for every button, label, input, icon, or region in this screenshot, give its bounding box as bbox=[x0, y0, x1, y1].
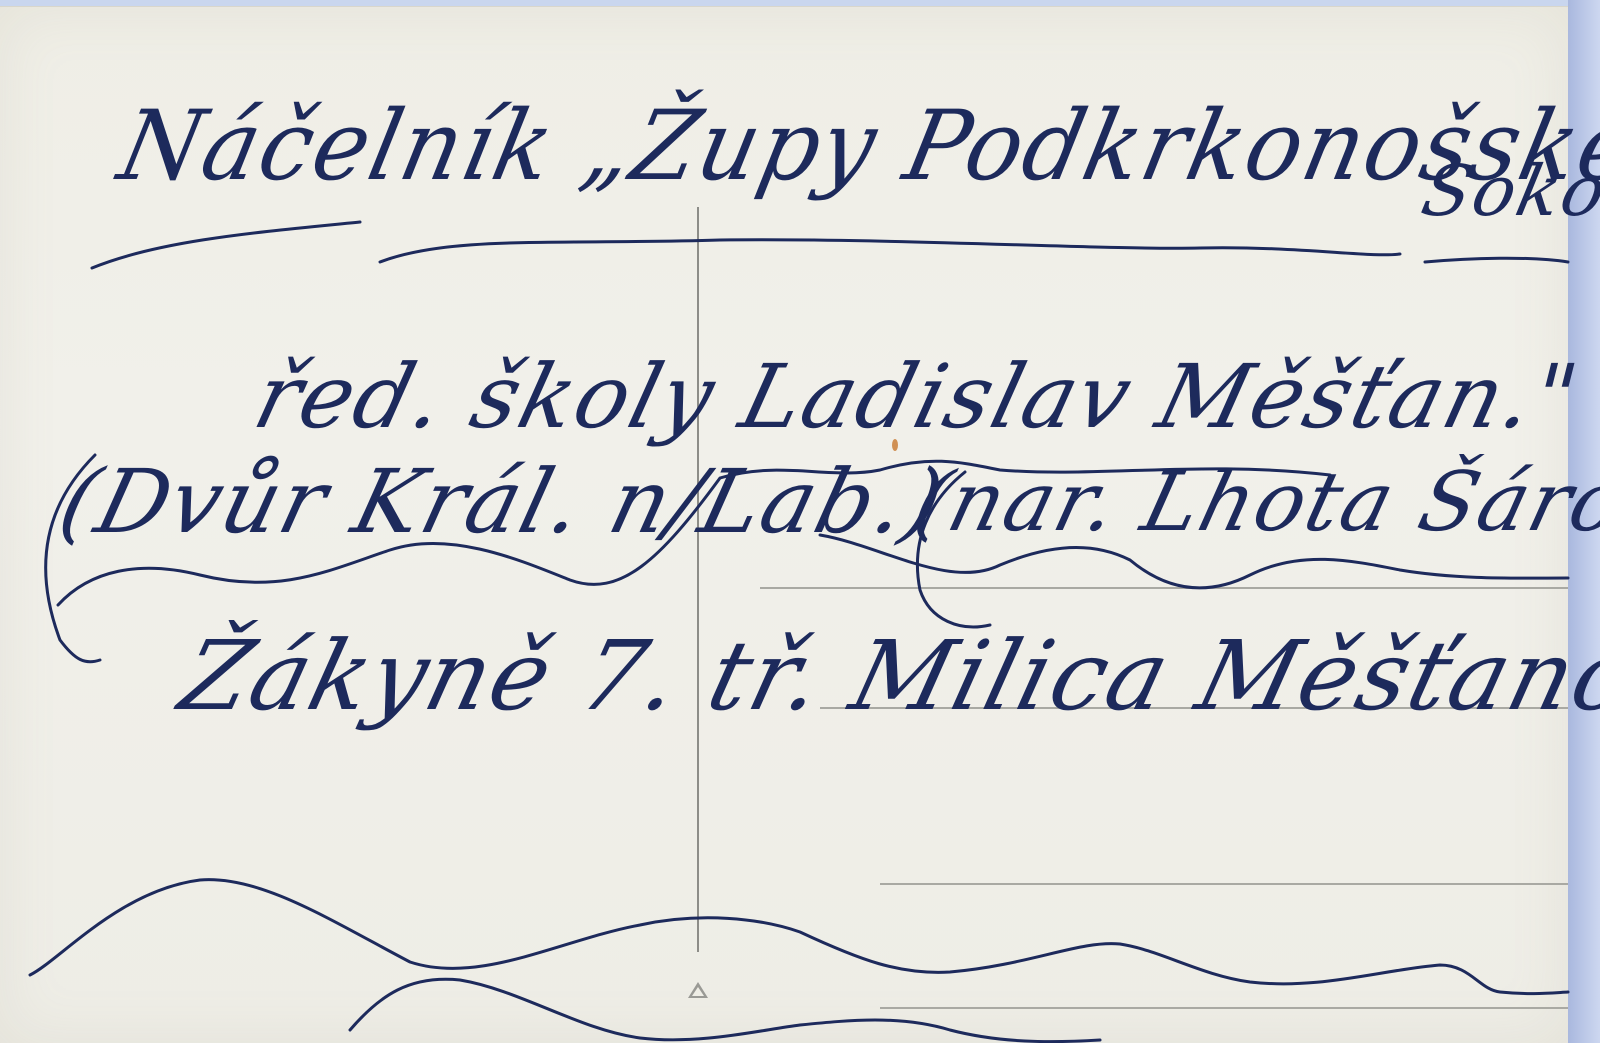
postcard-back bbox=[0, 6, 1568, 1043]
address-line-4 bbox=[880, 1007, 1568, 1009]
triangle-mark-icon bbox=[688, 982, 708, 998]
address-line-3 bbox=[880, 883, 1568, 885]
center-divider-line bbox=[697, 207, 699, 952]
background-edge bbox=[1568, 0, 1600, 1043]
address-line-2 bbox=[820, 707, 1568, 709]
address-line-1 bbox=[760, 587, 1568, 589]
rust-stain bbox=[892, 439, 898, 451]
